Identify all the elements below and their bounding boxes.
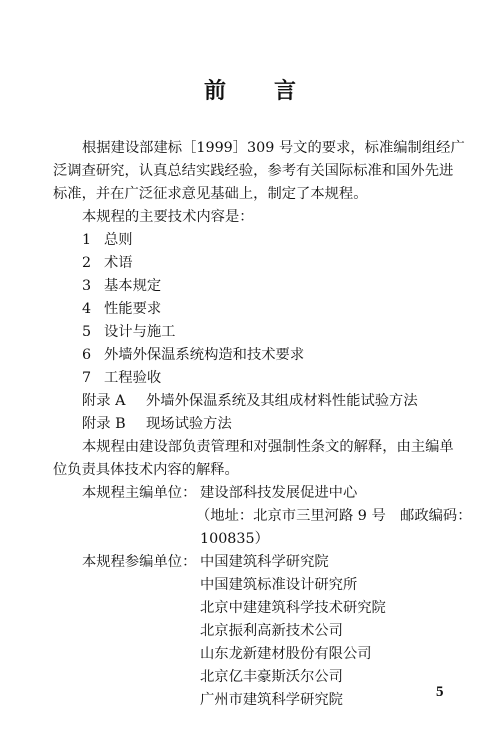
chapter-item: 6外墙外保温系统构造和技术要求 [82,345,304,365]
participants-label: 本规程参编单位： [82,552,196,572]
chapter-label: 总则 [104,232,133,248]
chapter-item: 2术语 [82,253,133,273]
contents-heading: 本规程的主要技术内容是： [82,207,254,227]
participant-org: 中国建筑标准设计研究所 [200,575,357,595]
chief-editor-address-2: 100835） [200,529,269,549]
participant-org: 北京中建建筑科学技术研究院 [200,598,386,618]
title-char-2: 言 [274,74,296,105]
chapter-number: 5 [82,322,104,342]
chapter-number: 7 [82,368,104,388]
chapter-label: 基本规定 [104,278,161,294]
chapter-number: 3 [82,276,104,296]
chapter-item: 4性能要求 [82,299,161,319]
appendix-title: 外墙外保温系统及其组成材料性能试验方法 [146,393,418,409]
chapter-number: 1 [82,230,104,250]
chapter-number: 4 [82,299,104,319]
intro-line-2: 泛调查研究，认真总结实践经验，参考有关国际标准和国外先进 [53,161,453,181]
participant-org: 北京振利高新技术公司 [200,621,343,641]
appendix-label: 附录 A [82,391,146,411]
appendix-item: 附录 B现场试验方法 [82,414,232,434]
title-char-1: 前 [204,74,226,105]
chapter-label: 外墙外保温系统构造和技术要求 [104,347,304,363]
chapter-number: 6 [82,345,104,365]
participant-org: 山东龙新建材股份有限公司 [200,644,372,664]
chapter-item: 3基本规定 [82,276,161,296]
chapter-label: 工程验收 [104,370,161,386]
intro-line-1: 根据建设部建标［1999］309 号文的要求，标准编制组经广 [82,138,465,158]
management-line-1: 本规程由建设部负责管理和对强制性条文的解释，由主编单 [82,437,454,457]
chapter-number: 2 [82,253,104,273]
chapter-item: 7工程验收 [82,368,161,388]
chapter-label: 设计与施工 [104,324,175,340]
appendix-label: 附录 B [82,414,146,434]
management-line-2: 位负责具体技术内容的解释。 [53,460,239,480]
chief-editor-label: 本规程主编单位： [82,483,196,503]
chapter-label: 性能要求 [104,301,161,317]
participant-org: 广州市建筑科学研究院 [200,690,343,710]
participant-org: 北京亿丰豪斯沃尔公司 [200,667,343,687]
chapter-item: 5设计与施工 [82,322,175,342]
appendix-item: 附录 A外墙外保温系统及其组成材料性能试验方法 [82,391,418,411]
chief-editor-address-1: （地址：北京市三里河路 9 号 邮政编码： [196,506,472,526]
chapter-label: 术语 [104,255,133,271]
chapter-item: 1总则 [82,230,133,250]
intro-line-3: 标准，并在广泛征求意见基础上，制定了本规程。 [53,184,368,204]
chief-editor-name: 建设部科技发展促进中心 [200,483,357,503]
page-number: 5 [436,684,444,701]
participant-org: 中国建筑科学研究院 [200,552,329,572]
page-title: 前言 [0,74,500,105]
appendix-title: 现场试验方法 [146,416,232,432]
